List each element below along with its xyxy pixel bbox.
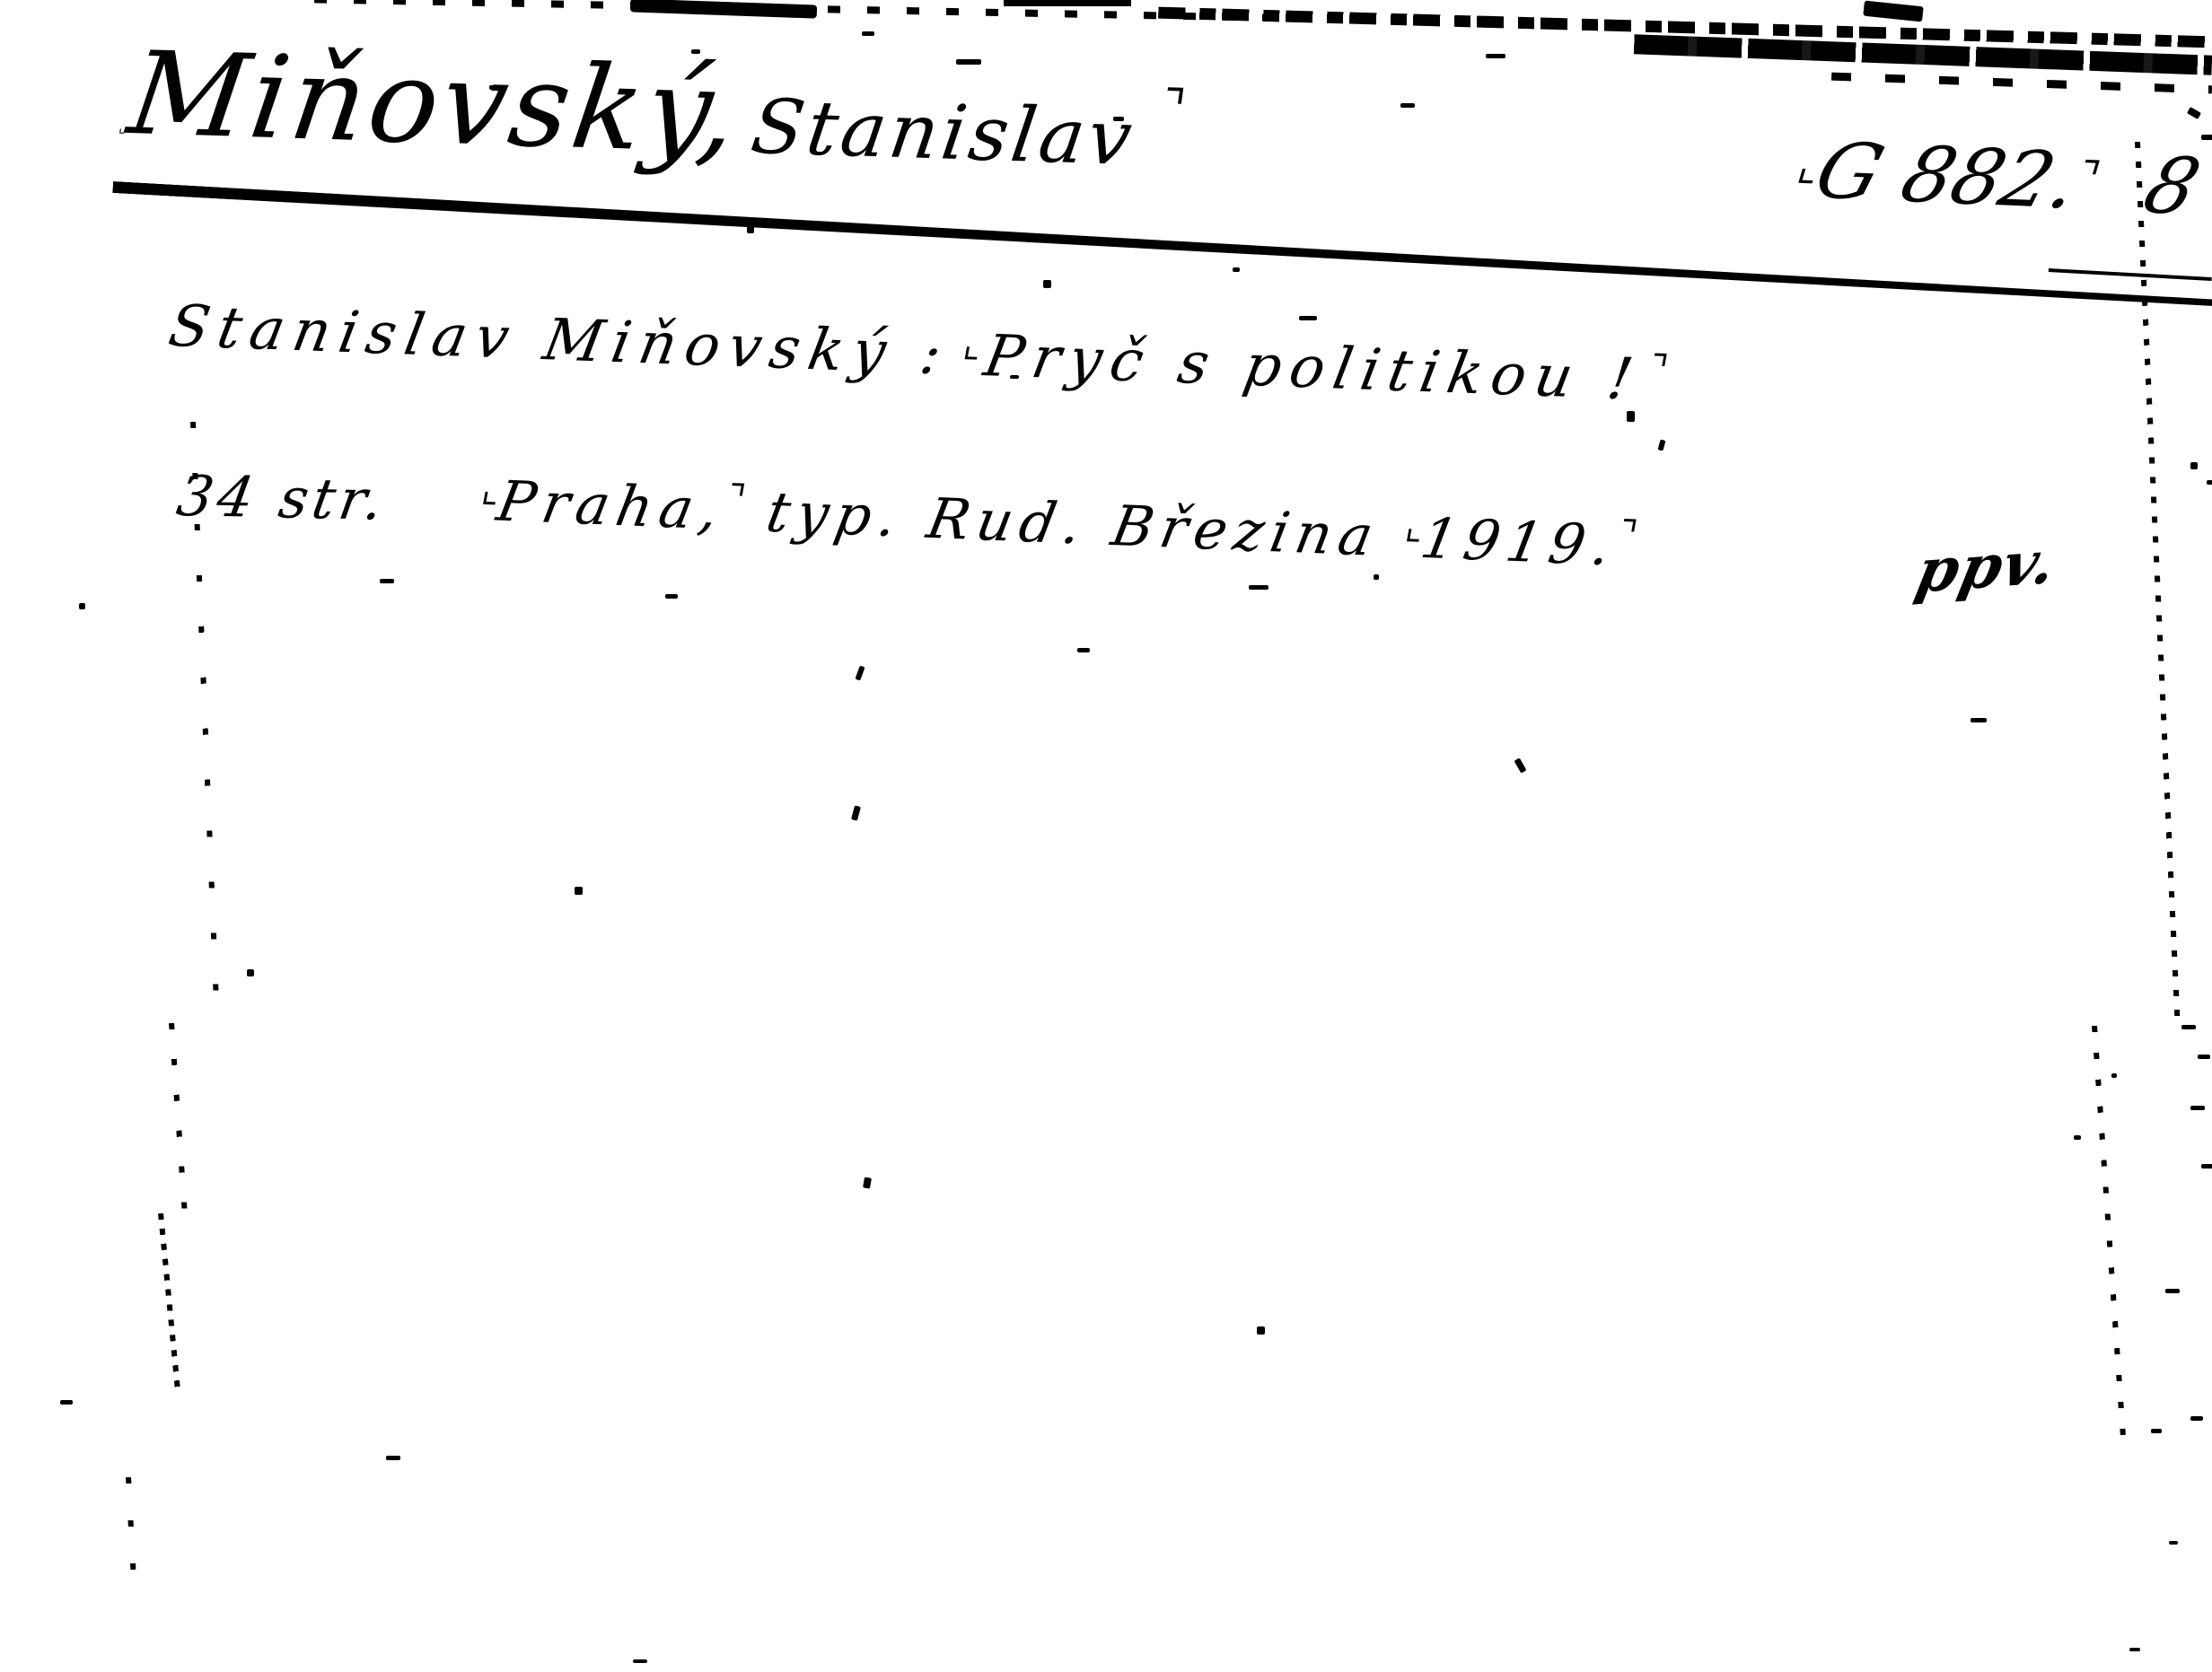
imprint-year: 1919. xyxy=(1416,505,1623,578)
author-surname: Miňovský, xyxy=(121,27,749,179)
scan-noise-band xyxy=(1831,73,2212,94)
shelf-digit: 8 xyxy=(2134,141,2209,233)
scan-speck xyxy=(2165,1289,2180,1293)
title-line: Stanislav Miňovský :⌞Pryč s politikou !⌝ xyxy=(164,293,1672,415)
scan-speck xyxy=(1658,439,1666,451)
scan-speck xyxy=(1299,316,1317,320)
scan-speck xyxy=(79,603,85,609)
scan-speck xyxy=(2201,1164,2212,1169)
cataloger-initials: ppv. xyxy=(1910,526,2064,607)
scan-speck xyxy=(1113,117,1124,121)
left-edge-dotted-line xyxy=(169,1023,188,1213)
scan-speck xyxy=(956,59,981,65)
scan-speck xyxy=(2198,1055,2210,1059)
scan-speck xyxy=(863,1177,872,1188)
scan-speck xyxy=(386,1456,400,1460)
insertion-close-mark: ⌝ xyxy=(1158,79,1189,136)
scan-speck xyxy=(2190,462,2198,469)
scan-speck xyxy=(1400,103,1415,108)
insertion-open-mark: ⌞ xyxy=(961,321,986,365)
scan-speck xyxy=(2169,1541,2178,1545)
scan-speck xyxy=(862,31,874,36)
scan-speck xyxy=(1043,280,1051,288)
scan-speck xyxy=(575,887,583,895)
scan-speck xyxy=(247,969,254,976)
scan-speck xyxy=(1374,574,1379,580)
scan-speck xyxy=(1257,1326,1265,1335)
scan-noise-blob xyxy=(1863,1,1923,22)
insertion-close-mark: ⌝ xyxy=(1646,346,1671,390)
scan-speck xyxy=(2187,107,2201,119)
scan-speck xyxy=(1971,718,1987,722)
scan-speck xyxy=(2181,1025,2196,1029)
scan-speck xyxy=(380,579,394,583)
left-edge-dotted-line xyxy=(126,1477,136,1585)
scan-speck xyxy=(691,49,700,54)
call-number: ⌞G 882.⌝ xyxy=(1786,126,2110,227)
scan-speck xyxy=(1233,267,1240,272)
header-rule-thin xyxy=(2049,268,2212,281)
imprint-place: Praha, xyxy=(492,468,731,543)
title-text: Pryč s politikou ! xyxy=(979,323,1646,413)
scan-speck xyxy=(2074,1135,2081,1140)
scan-speck xyxy=(1010,375,1019,379)
scan-speck xyxy=(2201,135,2212,140)
scan-speck xyxy=(2190,1106,2205,1110)
scan-speck xyxy=(489,85,504,90)
call-number-value: G 882. xyxy=(1805,127,2090,226)
scan-speck xyxy=(1249,585,1268,590)
imprint-line: ⌞Praha,⌝ typ. Rud. Březina ⌞1919.⌝ xyxy=(475,467,1641,579)
author-given-name: Stanislav xyxy=(746,83,1140,182)
scan-speck xyxy=(665,594,678,599)
scan-speck xyxy=(851,805,861,820)
scan-speck xyxy=(2190,1416,2203,1421)
collation: 34 str. xyxy=(172,463,392,533)
author-heading: ⌞Miňovský,Stanislav⌝ xyxy=(115,27,1191,193)
scan-noise-dash xyxy=(1004,0,1131,6)
scan-speck xyxy=(747,226,754,233)
scan-speck xyxy=(855,665,865,680)
scan-speck xyxy=(1514,757,1526,773)
left-edge-dotted-line xyxy=(158,1213,180,1391)
title-statement: Stanislav Miňovský : xyxy=(164,293,955,388)
catalog-card-scan: { "card": { "heading": { "open_mark": "⌞… xyxy=(0,0,2212,1672)
scan-speck xyxy=(633,1659,647,1663)
scan-speck xyxy=(1627,411,1635,422)
scan-speck xyxy=(1486,54,1505,58)
scan-speck xyxy=(1077,648,1090,652)
right-edge-dotted-line xyxy=(2092,1026,2127,1447)
scan-speck xyxy=(2151,1429,2162,1433)
scan-speck xyxy=(2111,1073,2117,1078)
scan-speck xyxy=(60,1400,73,1405)
scan-noise-blob xyxy=(630,0,817,19)
scan-speck xyxy=(2207,480,2212,485)
scan-speck xyxy=(2129,1648,2140,1651)
imprint-printer: typ. Rud. Březina xyxy=(737,478,1410,570)
